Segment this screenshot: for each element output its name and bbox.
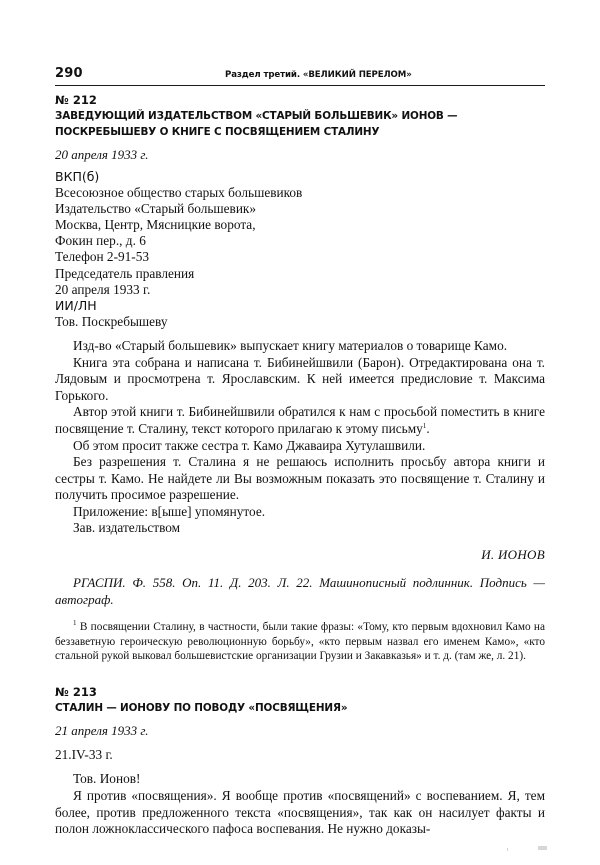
scan-artifact xyxy=(538,846,547,850)
document-213: № 213 СТАЛИН — ИОНОВУ ПО ПОВОДУ «ПОСВЯЩЕ… xyxy=(55,685,545,837)
archive-reference: РГАСПИ. Ф. 558. Оп. 11. Д. 203. Л. 22. М… xyxy=(55,575,545,608)
letterhead-line: ВКП(б) xyxy=(55,169,545,185)
letterhead-line: Председатель правления xyxy=(55,266,545,282)
document-heading-line: ПОСКРЕБЫШЕВУ О КНИГЕ С ПОСВЯЩЕНИЕМ СТАЛИ… xyxy=(55,124,545,140)
paragraph: Я против «посвящения». Я вообще против «… xyxy=(55,788,545,838)
paragraph: Об этом просит также сестра т. Камо Джав… xyxy=(55,438,545,455)
paragraph: Автор этой книги т. Бибинейшвили обратил… xyxy=(55,404,545,437)
paragraph: Приложение: в[ыше] упомянутое. xyxy=(55,504,545,521)
typed-date: 21.IV-33 г. xyxy=(55,747,545,763)
salutation: Тов. Ионов! xyxy=(55,771,545,788)
letter-body: Тов. Ионов! Я против «посвящения». Я воо… xyxy=(55,771,545,837)
paragraph: Зав. издательством xyxy=(55,520,545,537)
letterhead: ВКП(б) Всесоюзное общество старых больше… xyxy=(55,169,545,330)
letterhead-line: 20 апреля 1933 г. xyxy=(55,282,545,298)
letterhead-line: Телефон 2-91-53 xyxy=(55,249,545,265)
scan-artifact xyxy=(507,848,508,851)
paragraph: Изд-во «Старый большевик» выпускает книг… xyxy=(55,338,545,355)
signature: И. ИОНОВ xyxy=(55,547,545,563)
book-page: 290 Раздел третий. «ВЕЛИКИЙ ПЕРЕЛОМ» № 2… xyxy=(55,66,545,838)
paragraph-text: Автор этой книги т. Бибинейшвили обратил… xyxy=(55,404,545,436)
document-heading-line: ЗАВЕДУЮЩИЙ ИЗДАТЕЛЬСТВОМ «СТАРЫЙ БОЛЬШЕВ… xyxy=(55,108,545,124)
letterhead-line: Тов. Поскребышеву xyxy=(55,314,545,330)
letterhead-line: Всесоюзное общество старых большевиков xyxy=(55,185,545,201)
document-heading: ЗАВЕДУЮЩИЙ ИЗДАТЕЛЬСТВОМ «СТАРЫЙ БОЛЬШЕВ… xyxy=(55,108,545,140)
document-heading: СТАЛИН — ИОНОВУ ПО ПОВОДУ «ПОСВЯЩЕНИЯ» xyxy=(55,700,545,716)
letterhead-line: ИИ/ЛН xyxy=(55,298,545,314)
letterhead-line: Фокин пер., д. 6 xyxy=(55,233,545,249)
document-212: № 212 ЗАВЕДУЮЩИЙ ИЗДАТЕЛЬСТВОМ «СТАРЫЙ Б… xyxy=(55,93,545,663)
section-title: Раздел третий. «ВЕЛИКИЙ ПЕРЕЛОМ» xyxy=(225,70,412,80)
letterhead-line: Издательство «Старый большевик» xyxy=(55,201,545,217)
footnote-text: В посвящении Сталину, в частности, были … xyxy=(55,621,545,662)
paragraph: Книга эта собрана и написана т. Бибинейш… xyxy=(55,355,545,405)
document-heading-line: СТАЛИН — ИОНОВУ ПО ПОВОДУ «ПОСВЯЩЕНИЯ» xyxy=(55,700,545,716)
document-number: № 212 xyxy=(55,93,545,108)
letterhead-line: Москва, Центр, Мясницкие ворота, xyxy=(55,217,545,233)
document-number: № 213 xyxy=(55,685,545,700)
running-head: 290 Раздел третий. «ВЕЛИКИЙ ПЕРЕЛОМ» xyxy=(55,66,545,86)
paragraph: Без разрешения т. Сталина я не решаюсь и… xyxy=(55,454,545,504)
letter-body: Изд-во «Старый большевик» выпускает книг… xyxy=(55,338,545,537)
footnote: 1 В посвящении Сталину, в частности, был… xyxy=(55,620,545,663)
sentence-end: . xyxy=(426,421,429,436)
document-date: 20 апреля 1933 г. xyxy=(55,147,545,163)
document-date: 21 апреля 1933 г. xyxy=(55,723,545,739)
page-number: 290 xyxy=(55,66,165,81)
